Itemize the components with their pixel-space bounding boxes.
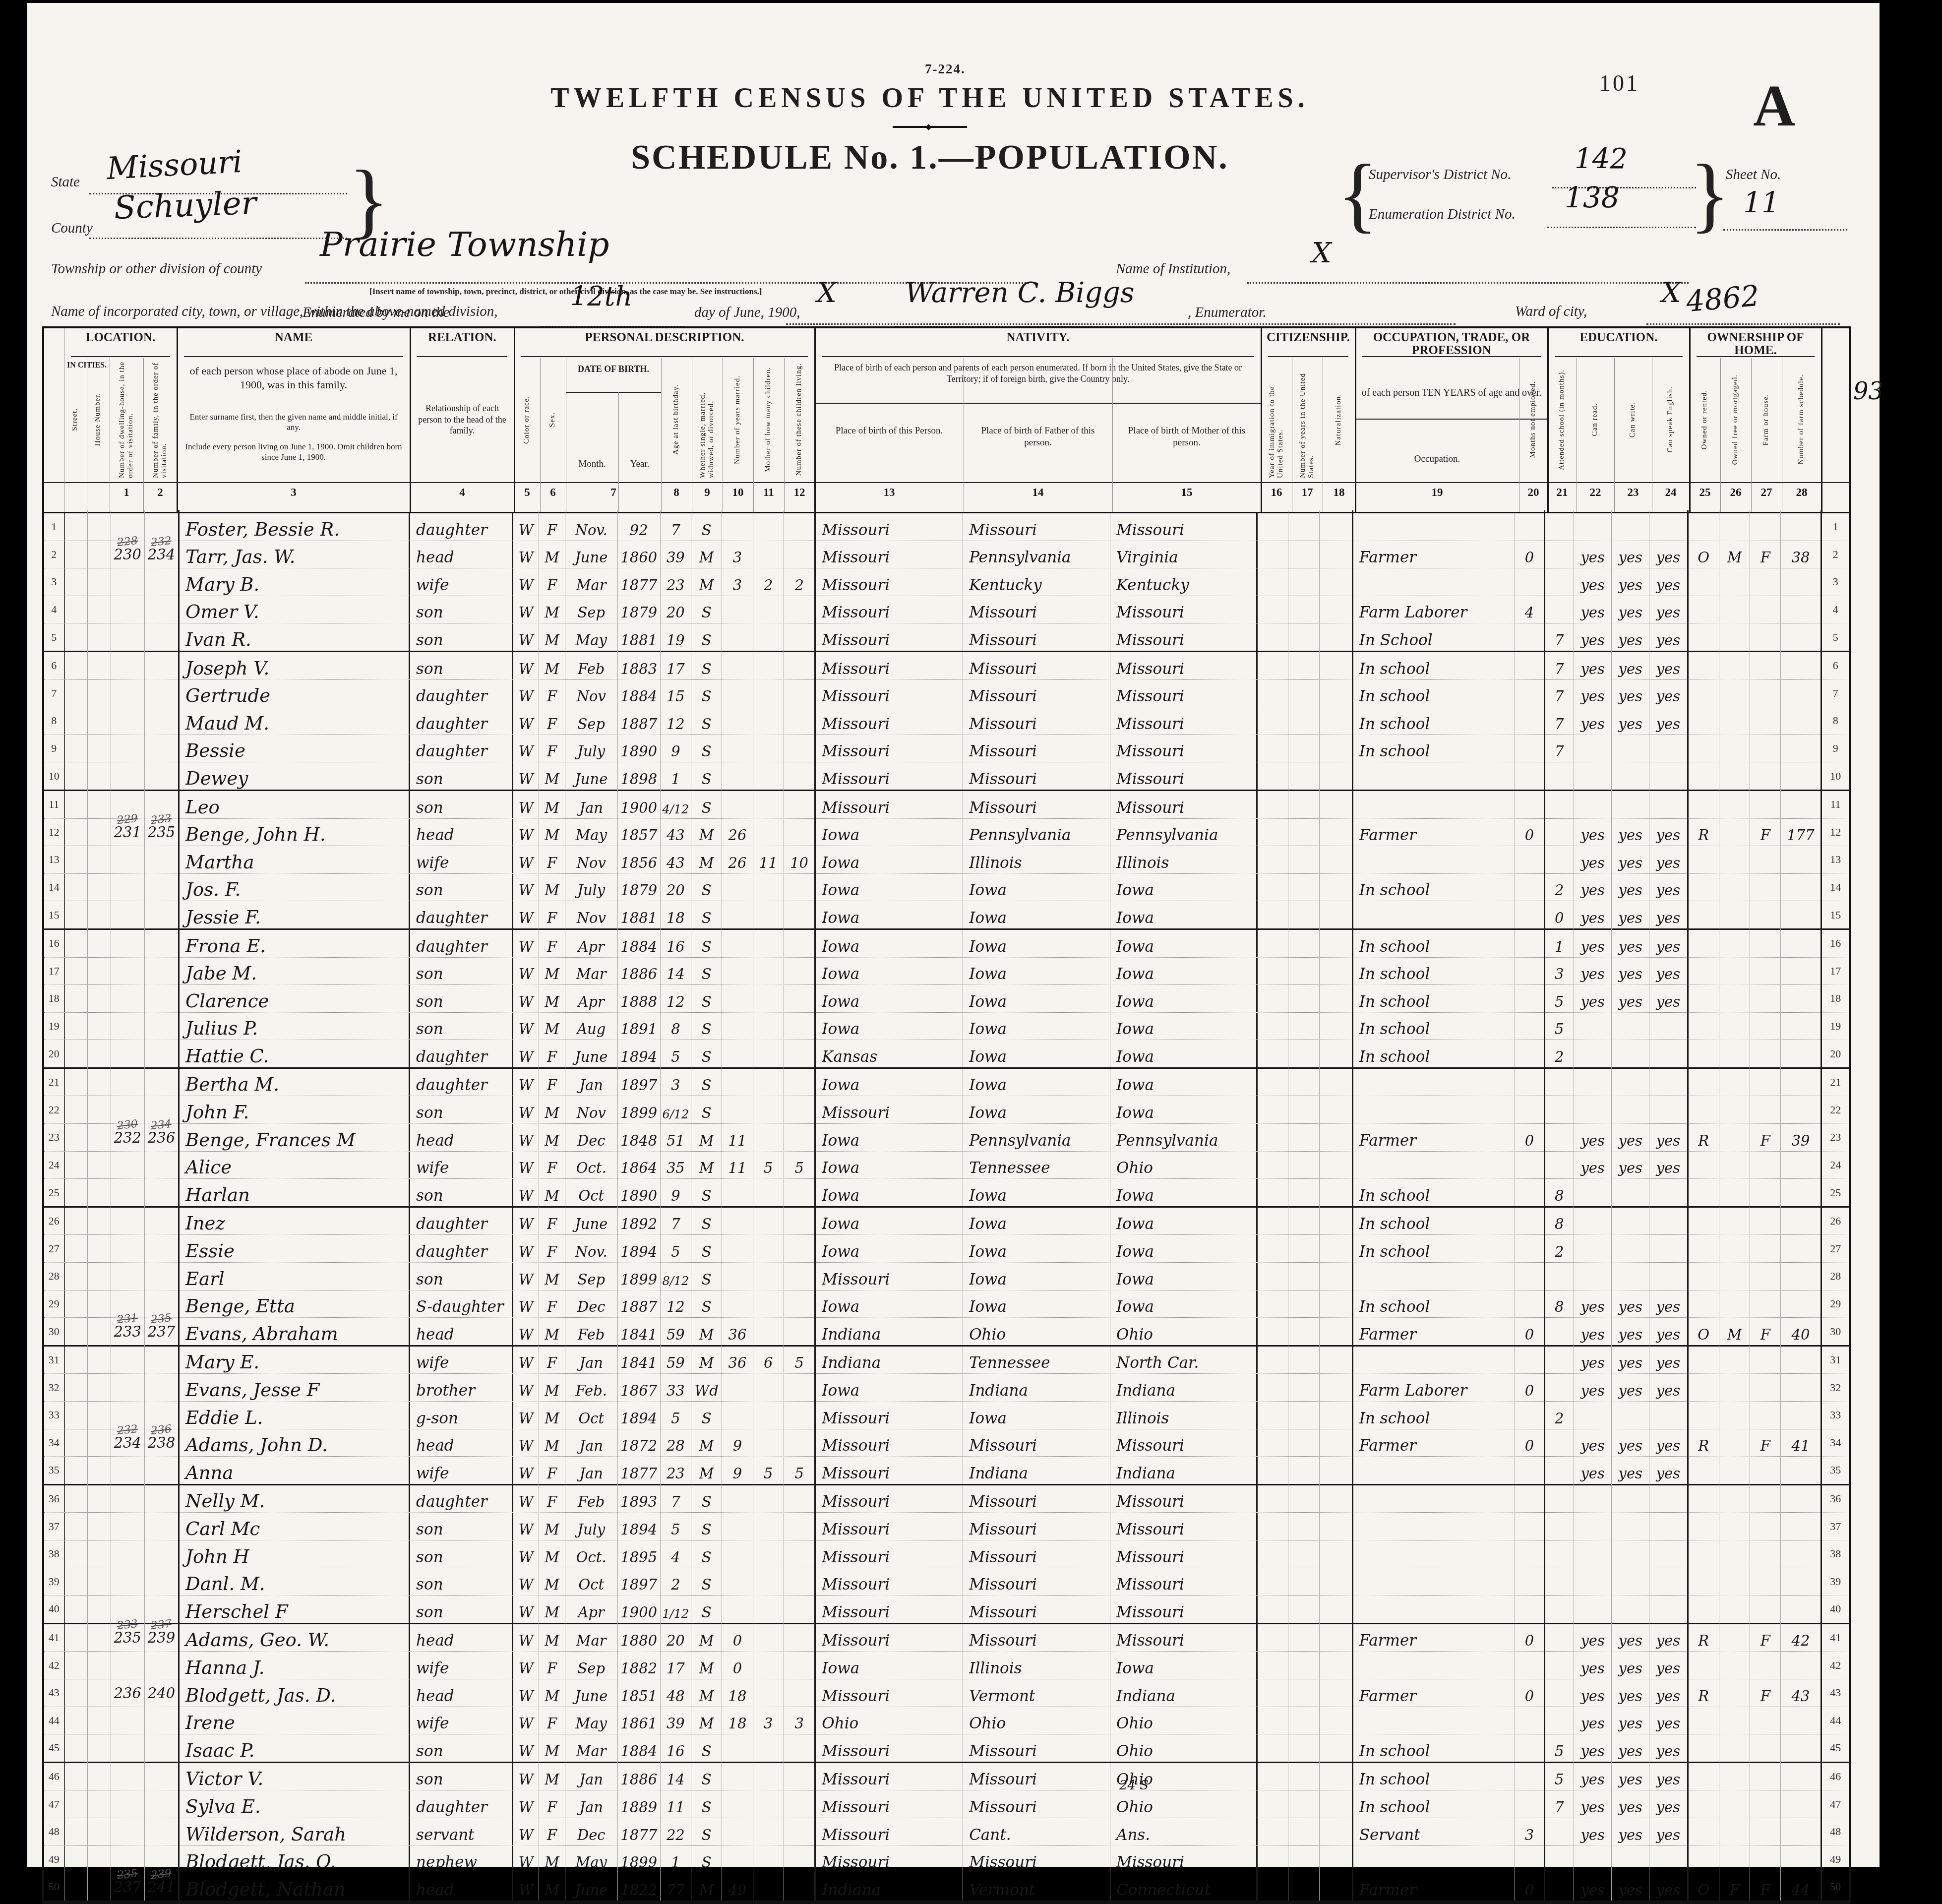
group-occ: OCCUPATION, TRADE, OR PROFESSION: [1355, 331, 1548, 358]
r45-m20: [1515, 1731, 1545, 1762]
r32-gutterR: 32: [1822, 1374, 1849, 1401]
r22-name: John F.: [180, 1096, 410, 1123]
r16-age: 16: [661, 927, 691, 957]
r45-pob: Missouri: [816, 1734, 963, 1762]
r36-marital: S: [691, 1482, 722, 1513]
r15-gutterR: 15: [1822, 901, 1849, 928]
column-number-21: 21: [1548, 486, 1577, 499]
r44-mother: 3: [753, 1704, 784, 1734]
r37-yrsus: [1288, 1510, 1319, 1540]
r1-fs: [1781, 510, 1821, 541]
r17-sex: M: [539, 955, 565, 985]
r25-eng: [1649, 1176, 1688, 1206]
r40-occ: [1353, 1596, 1516, 1623]
r39-nat: [1320, 1565, 1353, 1596]
r31-dwelling: [111, 1344, 145, 1374]
r42-marital: M: [691, 1649, 722, 1679]
r4-pob: Missouri: [816, 596, 963, 623]
r7-gutterL: 7: [44, 680, 65, 707]
r37-age: 5: [661, 1510, 691, 1540]
r39-sch: [1545, 1565, 1574, 1596]
r34-dwelling-value: 234: [114, 1436, 141, 1450]
r17-fm: [1719, 955, 1750, 985]
r45-fh: [1750, 1731, 1781, 1762]
r19-yrsus: [1288, 1010, 1319, 1040]
r21-occ: [1353, 1069, 1516, 1096]
r9-gutterR: 9: [1822, 735, 1849, 762]
r43-read: yes: [1574, 1676, 1612, 1707]
r42-immyr: [1258, 1649, 1288, 1679]
r21-gutterL: 21: [44, 1069, 65, 1096]
r8-write: yes: [1612, 704, 1649, 735]
r46-gutterL: 46: [44, 1763, 65, 1790]
r42-fm: [1719, 1649, 1750, 1679]
r8-color: W: [513, 704, 539, 735]
r29-street: [65, 1288, 88, 1318]
r12-family-stack: 233235: [148, 814, 175, 843]
sheet-number-value: 11: [1743, 185, 1780, 219]
r46-family: [145, 1760, 180, 1790]
r44-eng: yes: [1649, 1704, 1688, 1734]
r26-gutterR: 26: [1822, 1208, 1849, 1235]
r5-mother: [753, 620, 784, 651]
rotated-header-text-fm: Owned free or mortgaged.: [1731, 374, 1740, 465]
r5-eng: yes: [1649, 620, 1688, 651]
r6-pobf: Missouri: [963, 652, 1110, 679]
r20-house: [88, 1037, 111, 1067]
r6-fs: [1781, 649, 1821, 679]
r14-yrsmar: [722, 871, 753, 901]
r8-marital: S: [691, 704, 722, 735]
r5-fh: [1750, 620, 1781, 651]
r38-fm: [1719, 1537, 1750, 1568]
r19-age: 8: [661, 1010, 691, 1040]
rotated-header-write: Can write.: [1614, 359, 1652, 480]
r35-write: yes: [1612, 1454, 1649, 1484]
r48-yrsus: [1288, 1815, 1319, 1845]
r23-family-value: 236: [148, 1131, 175, 1145]
form-number: 7-224.: [925, 61, 966, 77]
r50-age: 77: [661, 1870, 691, 1901]
r28-fh: [1750, 1260, 1781, 1290]
r4-fh: [1750, 593, 1781, 623]
r38-read: [1574, 1537, 1612, 1568]
r20-eng: [1649, 1037, 1688, 1067]
r17-name: Jabe M.: [180, 958, 410, 985]
r2-dwelling-crossed: 228: [117, 536, 138, 549]
enumerated-line-middle: day of June, 1900,: [694, 305, 800, 321]
r18-eng: yes: [1649, 982, 1688, 1012]
r26-sex: F: [539, 1205, 565, 1235]
r10-age: 1: [661, 759, 691, 790]
r2-occ: Farmer: [1353, 541, 1516, 568]
r48-nat: [1320, 1815, 1353, 1845]
r2-fh: F: [1750, 538, 1781, 568]
r22-year: 1899: [618, 1093, 661, 1123]
r20-year: 1894: [618, 1037, 661, 1067]
r47-pob: Missouri: [816, 1790, 963, 1818]
r18-read: yes: [1574, 982, 1612, 1012]
r19-sex: M: [539, 1010, 565, 1040]
r1-gutterL: 1: [44, 513, 65, 541]
r1-write: [1612, 510, 1649, 541]
r14-pobm: Iowa: [1110, 874, 1258, 901]
r47-mother: [753, 1787, 784, 1818]
r25-nat: [1320, 1176, 1353, 1206]
r2-read: yes: [1574, 538, 1612, 568]
r6-pob: Missouri: [816, 652, 963, 679]
annotation-r48: 24 S: [1119, 1778, 1149, 1793]
r26-fm: [1719, 1205, 1750, 1235]
r4-pobm: Missouri: [1110, 596, 1258, 623]
r33-pobf: Iowa: [963, 1402, 1110, 1429]
r23-own: R: [1689, 1121, 1719, 1151]
r33-pob: Missouri: [816, 1402, 963, 1429]
r31-mother: 6: [753, 1344, 784, 1374]
r12-pobm: Pennsylvania: [1110, 819, 1258, 846]
table-row-25: 25HarlansonWMOct18909SIowaIowaIowaIn sch…: [44, 1179, 1849, 1208]
r1-occ: [1353, 513, 1516, 541]
r15-m20: [1515, 898, 1545, 928]
r43-gutterR: 43: [1822, 1679, 1849, 1707]
r21-read: [1574, 1066, 1612, 1096]
r13-pobm: Illinois: [1110, 846, 1258, 873]
r8-living: [784, 704, 816, 735]
r25-m20: [1515, 1176, 1545, 1206]
r8-immyr: [1258, 704, 1288, 735]
r8-fm: [1719, 704, 1750, 735]
r35-read: yes: [1574, 1454, 1612, 1484]
r14-immyr: [1258, 871, 1288, 901]
r15-name: Jessie F.: [180, 901, 410, 928]
r26-year: 1892: [618, 1205, 661, 1235]
r48-living: [784, 1815, 816, 1845]
rotated-header-text-immyr: Year of immigration to the United States…: [1268, 362, 1285, 478]
rotated-header-text-nat: Naturalization.: [1335, 394, 1343, 446]
r14-write: yes: [1612, 871, 1649, 901]
r3-street: [65, 565, 88, 596]
rotated-header-mother: Mother of how many children.: [753, 359, 784, 480]
r37-pobf: Missouri: [963, 1513, 1110, 1540]
r22-eng: [1649, 1093, 1688, 1123]
r35-sex: F: [539, 1454, 565, 1484]
r50-immyr: [1258, 1870, 1288, 1901]
r25-relation: son: [410, 1179, 513, 1206]
r12-month: May: [565, 816, 618, 846]
r14-nat: [1320, 871, 1353, 901]
r39-own: [1689, 1565, 1719, 1596]
header-vline-relation: [410, 328, 411, 512]
r5-pobm: Missouri: [1110, 623, 1258, 651]
r23-dwelling-value: 232: [114, 1131, 141, 1145]
r13-age: 43: [661, 843, 691, 873]
r46-fm: [1719, 1760, 1750, 1790]
r13-year: 1856: [618, 843, 661, 873]
r22-pobm: Iowa: [1110, 1096, 1258, 1123]
r13-eng: yes: [1649, 843, 1688, 873]
column-number-18: 18: [1323, 486, 1355, 499]
r38-eng: [1649, 1537, 1688, 1568]
r39-street: [65, 1565, 88, 1596]
column-number-2: 2: [143, 486, 177, 499]
r24-house: [88, 1149, 111, 1179]
r22-fh: [1750, 1093, 1781, 1123]
r4-color: W: [513, 593, 539, 623]
r23-nat: [1320, 1121, 1353, 1151]
r41-immyr: [1258, 1621, 1288, 1652]
r29-mother: [753, 1288, 784, 1318]
r10-yrsus: [1288, 759, 1319, 790]
r28-age: 8/12: [661, 1260, 691, 1290]
r20-pob: Kansas: [816, 1040, 963, 1067]
r8-eng: yes: [1649, 704, 1688, 735]
r31-family: [145, 1344, 180, 1374]
r9-mother: [753, 732, 784, 762]
r16-occ: In school: [1353, 930, 1516, 957]
r50-dwelling: 235237: [111, 1870, 145, 1901]
group-underline-immyr: [1268, 356, 1348, 357]
r35-fs: [1781, 1454, 1821, 1484]
r8-gutterR: 8: [1822, 707, 1849, 735]
r5-color: W: [513, 620, 539, 651]
r33-immyr: [1258, 1399, 1288, 1429]
r23-immyr: [1258, 1121, 1288, 1151]
column-number-28: 28: [1782, 486, 1821, 499]
r47-fh: [1750, 1787, 1781, 1818]
r41-family-value: 239: [148, 1631, 175, 1645]
r24-eng: yes: [1649, 1149, 1688, 1179]
r6-yrsus: [1288, 649, 1319, 679]
table-row-1: 1Foster, Bessie R.daughterWFNov.927SMiss…: [44, 513, 1849, 541]
r23-m20: 0: [1515, 1121, 1545, 1151]
r25-pob: Iowa: [816, 1179, 963, 1206]
r49-mother: [753, 1843, 784, 1873]
r25-gutterR: 25: [1822, 1179, 1849, 1206]
r28-family: [145, 1260, 180, 1290]
r30-family: 235237: [145, 1315, 180, 1345]
r23-sex: M: [539, 1121, 565, 1151]
r39-yrsmar: [722, 1565, 753, 1596]
r6-gutterR: 6: [1822, 652, 1849, 679]
r15-fs: [1781, 898, 1821, 928]
r11-year: 1900: [618, 788, 661, 818]
r23-house: [88, 1121, 111, 1151]
r11-marital: S: [691, 788, 722, 818]
r19-pobf: Iowa: [963, 1013, 1110, 1040]
r48-pob: Missouri: [816, 1818, 963, 1845]
r11-sex: M: [539, 788, 565, 818]
r7-living: [784, 677, 816, 707]
r43-yrsmar: 18: [722, 1676, 753, 1707]
r16-write: yes: [1612, 927, 1649, 957]
r45-nat: [1320, 1731, 1353, 1762]
r21-nat: [1320, 1066, 1353, 1096]
table-row-20: 20Hattie C.daughterWFJune18945SKansasIow…: [44, 1040, 1849, 1069]
r26-fs: [1781, 1205, 1821, 1235]
r25-pobm: Iowa: [1110, 1179, 1258, 1206]
r35-house: [88, 1454, 111, 1484]
r47-pobm: Ohio: [1110, 1790, 1258, 1818]
r28-gutterL: 28: [44, 1263, 65, 1290]
r30-read: yes: [1574, 1315, 1612, 1345]
r10-pobf: Missouri: [963, 762, 1110, 790]
r32-pob: Iowa: [816, 1374, 963, 1401]
r48-family: [145, 1815, 180, 1845]
r20-family: [145, 1037, 180, 1067]
r28-pobf: Iowa: [963, 1263, 1110, 1290]
header-vline-read: [1577, 358, 1577, 512]
r41-month: Mar: [565, 1621, 618, 1652]
r16-mother: [753, 927, 784, 957]
r10-m20: [1515, 759, 1545, 790]
r16-fh: [1750, 927, 1781, 957]
r16-year: 1884: [618, 927, 661, 957]
r44-gutterR: 44: [1822, 1707, 1849, 1734]
r23-eng: yes: [1649, 1121, 1688, 1151]
r39-fh: [1750, 1565, 1781, 1596]
r28-month: Sep: [565, 1260, 618, 1290]
census-sheet: 7-224. TWELFTH CENSUS OF THE UNITED STAT…: [27, 0, 1880, 1867]
r18-gutterL: 18: [44, 985, 65, 1012]
r9-yrsmar: [722, 732, 753, 762]
r38-fh: [1750, 1537, 1781, 1568]
r1-age: 7: [661, 510, 691, 541]
r22-fs: [1781, 1093, 1821, 1123]
r32-living: [784, 1371, 816, 1401]
r44-read: yes: [1574, 1704, 1612, 1734]
r17-nat: [1320, 955, 1353, 985]
r13-nat: [1320, 843, 1353, 873]
table-row-45: 45Isaac P.sonWMMar188416SMissouriMissour…: [44, 1734, 1849, 1763]
r7-occ: In school: [1353, 680, 1516, 707]
r12-family-crossed: 233: [150, 813, 172, 826]
r45-sex: M: [539, 1731, 565, 1762]
r32-eng: yes: [1649, 1371, 1688, 1401]
r33-fs: [1781, 1399, 1821, 1429]
r48-fs: [1781, 1815, 1821, 1845]
r22-gutterL: 22: [44, 1096, 65, 1123]
r48-m20: 3: [1515, 1815, 1545, 1845]
r23-dwelling-stack: 230232: [114, 1120, 141, 1148]
r13-living: 10: [784, 843, 816, 873]
r5-pobf: Missouri: [963, 623, 1110, 651]
state-value: Missouri: [106, 143, 243, 186]
header-vline-age: [661, 358, 662, 512]
r49-fs: [1781, 1843, 1821, 1873]
r21-fh: [1750, 1066, 1781, 1096]
r26-mother: [753, 1205, 784, 1235]
r43-yrsus: [1288, 1676, 1319, 1707]
r26-color: W: [513, 1205, 539, 1235]
r27-own: [1689, 1232, 1719, 1262]
rotated-header-house: House Number.: [87, 359, 110, 480]
r12-fs: 177: [1781, 816, 1821, 846]
header-vline-m20: [1519, 358, 1519, 512]
column-number-25: 25: [1690, 486, 1720, 499]
r24-m20: [1515, 1149, 1545, 1179]
township-value: Prairie Township: [320, 225, 609, 264]
r4-gutterR: 4: [1822, 596, 1849, 623]
r17-sch: 3: [1545, 955, 1574, 985]
r7-sch: 7: [1545, 677, 1574, 707]
r9-fm: [1719, 732, 1750, 762]
rotated-header-living: Number of these children living.: [784, 359, 815, 480]
column-number-23: 23: [1614, 486, 1652, 499]
r36-pobf: Missouri: [963, 1485, 1110, 1513]
r24-marital: M: [691, 1149, 722, 1179]
r1-marital: S: [691, 510, 722, 541]
r50-m20: 0: [1515, 1870, 1545, 1901]
date-of-birth-label: DATE OF BIRTH.: [566, 364, 661, 374]
r42-gutterL: 42: [44, 1652, 65, 1679]
r25-yrsmar: [722, 1176, 753, 1206]
r29-relation: S-daughter: [410, 1290, 513, 1318]
header-vline-sch: [1547, 328, 1549, 512]
r34-pobf: Missouri: [963, 1429, 1110, 1457]
r41-age: 20: [661, 1621, 691, 1652]
r42-occ: [1353, 1652, 1516, 1679]
r49-read: [1574, 1843, 1612, 1873]
r43-immyr: [1258, 1676, 1288, 1707]
r44-pobf: Ohio: [963, 1707, 1110, 1734]
r2-dwelling-stack: 228230: [114, 537, 141, 565]
r38-family: [145, 1537, 180, 1568]
r15-occ: [1353, 901, 1516, 928]
r15-house: [88, 898, 111, 928]
rotated-header-fs: Number of farm schedule.: [1782, 359, 1821, 480]
r38-name: John H: [180, 1540, 410, 1568]
r26-fh: [1750, 1205, 1781, 1235]
r14-fh: [1750, 871, 1781, 901]
r10-yrsmar: [722, 759, 753, 790]
r28-m20: [1515, 1260, 1545, 1290]
r21-year: 1897: [618, 1066, 661, 1096]
r31-relation: wife: [410, 1347, 513, 1374]
r35-eng: yes: [1649, 1454, 1688, 1484]
r49-immyr: [1258, 1843, 1288, 1873]
r40-immyr: [1258, 1593, 1288, 1623]
r3-dwelling: [111, 565, 145, 596]
r40-gutterR: 40: [1822, 1596, 1849, 1623]
r7-color: W: [513, 677, 539, 707]
table-row-39: 39Danl. M.sonWMOct18972SMissouriMissouri…: [44, 1568, 1849, 1596]
header-vline-fh: [1751, 358, 1752, 512]
r2-fm: M: [1719, 538, 1750, 568]
r29-name: Benge, Etta: [180, 1290, 410, 1318]
r23-relation: head: [410, 1124, 513, 1151]
r48-sch: [1545, 1815, 1574, 1845]
r49-pobm: Missouri: [1110, 1846, 1258, 1873]
r9-color: W: [513, 732, 539, 762]
pob-mother-head: Place of birth of Mother of this person.: [1116, 425, 1257, 449]
r8-sex: F: [539, 704, 565, 735]
r30-gutterR: 30: [1822, 1318, 1849, 1345]
r7-write: yes: [1612, 677, 1649, 707]
r34-fm: [1719, 1426, 1750, 1457]
r36-name: Nelly M.: [180, 1485, 410, 1513]
r12-year: 1857: [618, 816, 661, 846]
r15-mother: [753, 898, 784, 928]
r29-own: [1689, 1288, 1719, 1318]
r33-read: [1574, 1399, 1612, 1429]
r10-marital: S: [691, 759, 722, 790]
r32-nat: [1320, 1371, 1353, 1401]
r38-write: [1612, 1537, 1649, 1568]
r7-month: Nov: [565, 677, 618, 707]
r14-yrsus: [1288, 871, 1319, 901]
r26-nat: [1320, 1205, 1353, 1235]
r46-fh: [1750, 1760, 1781, 1790]
